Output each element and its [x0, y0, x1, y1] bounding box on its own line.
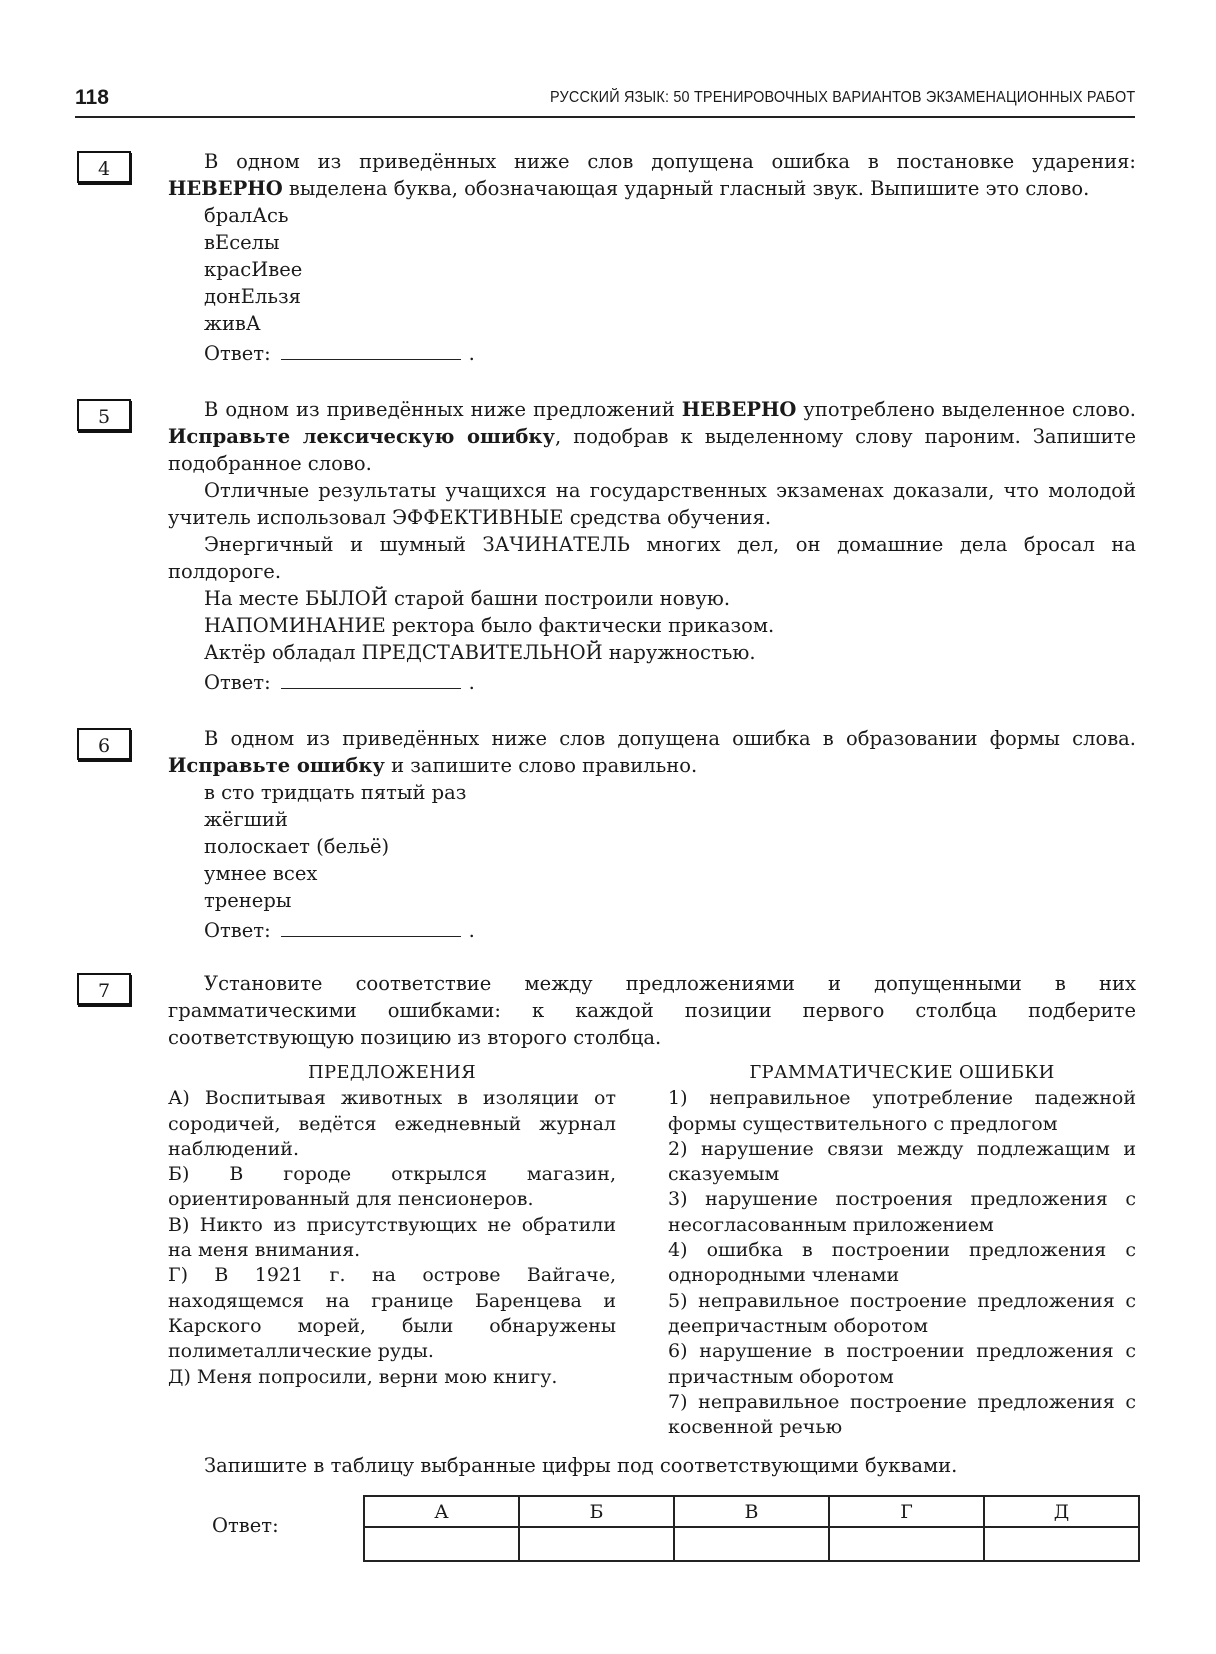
task-number-box: 5: [77, 399, 131, 431]
sentence-option: Энергичный и шумный ЗАЧИНАТЕЛЬ многих де…: [168, 531, 1136, 585]
word-option: умнее всех: [168, 860, 1136, 887]
word-option: в сто тридцать пятый раз: [168, 779, 1136, 806]
error-item: 4) ошибка в построении предложения с одн…: [668, 1238, 1136, 1289]
answer-field[interactable]: [281, 674, 461, 689]
answer-label: Ответ:: [204, 919, 271, 942]
sentence-item: Д) Меня попросили, верни мою книгу.: [168, 1365, 616, 1390]
task-instruction: В одном из приведённых ниже предложений …: [168, 396, 1136, 477]
answer-table-values: [364, 1527, 1139, 1561]
task-number-box: 6: [77, 728, 131, 760]
answer-cell-a[interactable]: [364, 1527, 519, 1561]
error-item: 5) неправильное построение предложения с…: [668, 1289, 1136, 1340]
error-item: 3) нарушение построения предложения с не…: [668, 1187, 1136, 1238]
word-option: бралАсь: [168, 202, 1136, 229]
answer-cell-v[interactable]: [674, 1527, 829, 1561]
page-number: 118: [75, 86, 109, 110]
task-instruction: В одном из приведённых ниже слов допущен…: [168, 725, 1136, 779]
running-title: РУССКИЙ ЯЗЫК: 50 ТРЕНИРОВОЧНЫХ ВАРИАНТОВ…: [550, 89, 1135, 107]
word-option: тренеры: [168, 887, 1136, 914]
answer-label: Ответ:: [204, 671, 271, 694]
word-option: полоскает (бельё): [168, 833, 1136, 860]
word-option: живА: [168, 310, 1136, 337]
task-body: В одном из приведённых ниже слов допущен…: [168, 148, 1136, 367]
sentence-option: НАПОМИНАНИЕ ректора было фактически прик…: [168, 612, 1136, 639]
answer-table-header-cell: Д: [984, 1496, 1139, 1527]
sentence-option: Актёр обладал ПРЕДСТАВИТЕЛЬНОЙ наружност…: [168, 639, 1136, 666]
answer-table: А Б В Г Д: [363, 1495, 1140, 1562]
answer-row: Ответ:.: [168, 669, 1136, 696]
task-number-box: 4: [77, 151, 131, 183]
answer-table-header-cell: Б: [519, 1496, 674, 1527]
answer-cell-g[interactable]: [829, 1527, 984, 1561]
page-header: 118 РУССКИЙ ЯЗЫК: 50 ТРЕНИРОВОЧНЫХ ВАРИА…: [75, 86, 1135, 118]
sentence-option: Отличные результаты учащихся на государс…: [168, 477, 1136, 531]
column-heading: ГРАММАТИЧЕСКИЕ ОШИБКИ: [668, 1060, 1136, 1085]
answer-cell-b[interactable]: [519, 1527, 674, 1561]
error-item: 2) нарушение связи между подлежащим и ск…: [668, 1137, 1136, 1188]
word-option: жёгший: [168, 806, 1136, 833]
error-item: 7) неправильное построение предложения с…: [668, 1390, 1136, 1441]
task-instruction: В одном из приведённых ниже слов допущен…: [168, 148, 1136, 202]
task-body: В одном из приведённых ниже предложений …: [168, 396, 1136, 696]
answer-field[interactable]: [281, 345, 461, 360]
task-instruction: Установите соответствие между предложени…: [168, 970, 1136, 1051]
table-instruction: Запишите в таблицу выбранные цифры под с…: [204, 1454, 957, 1477]
answer-cell-d[interactable]: [984, 1527, 1139, 1561]
task-number-box: 7: [77, 973, 131, 1005]
sentence-item: А) Воспитывая животных в изоляции от сор…: [168, 1086, 616, 1162]
error-item: 6) нарушение в построении предложения с …: [668, 1339, 1136, 1390]
word-option: вЕселы: [168, 229, 1136, 256]
word-option: красИвее: [168, 256, 1136, 283]
sentence-item: Б) В городе открылся магазин, ориентиров…: [168, 1162, 616, 1213]
answer-table-header-cell: В: [674, 1496, 829, 1527]
answer-table-header-cell: Г: [829, 1496, 984, 1527]
sentences-column: ПРЕДЛОЖЕНИЯ А) Воспитывая животных в изо…: [168, 1060, 616, 1390]
answer-table-header-cell: А: [364, 1496, 519, 1527]
task-body: Установите соответствие между предложени…: [168, 970, 1136, 1051]
task-body: В одном из приведённых ниже слов допущен…: [168, 725, 1136, 944]
answer-label: Ответ:: [204, 342, 271, 365]
errors-column: ГРАММАТИЧЕСКИЕ ОШИБКИ 1) неправильное уп…: [668, 1060, 1136, 1440]
sentence-item: Г) В 1921 г. на острове Вайгаче, находящ…: [168, 1263, 616, 1364]
answer-row: Ответ:.: [168, 340, 1136, 367]
answer-field[interactable]: [281, 922, 461, 937]
error-item: 1) неправильное употребление падежной фо…: [668, 1086, 1136, 1137]
answer-label: Ответ:: [212, 1514, 279, 1537]
word-option: донЕльзя: [168, 283, 1136, 310]
sentence-item: В) Никто из присутствующих не обратили н…: [168, 1213, 616, 1264]
column-heading: ПРЕДЛОЖЕНИЯ: [168, 1060, 616, 1085]
answer-row: Ответ:.: [168, 917, 1136, 944]
answer-table-header: А Б В Г Д: [364, 1496, 1139, 1527]
sentence-option: На месте БЫЛОЙ старой башни построили но…: [168, 585, 1136, 612]
